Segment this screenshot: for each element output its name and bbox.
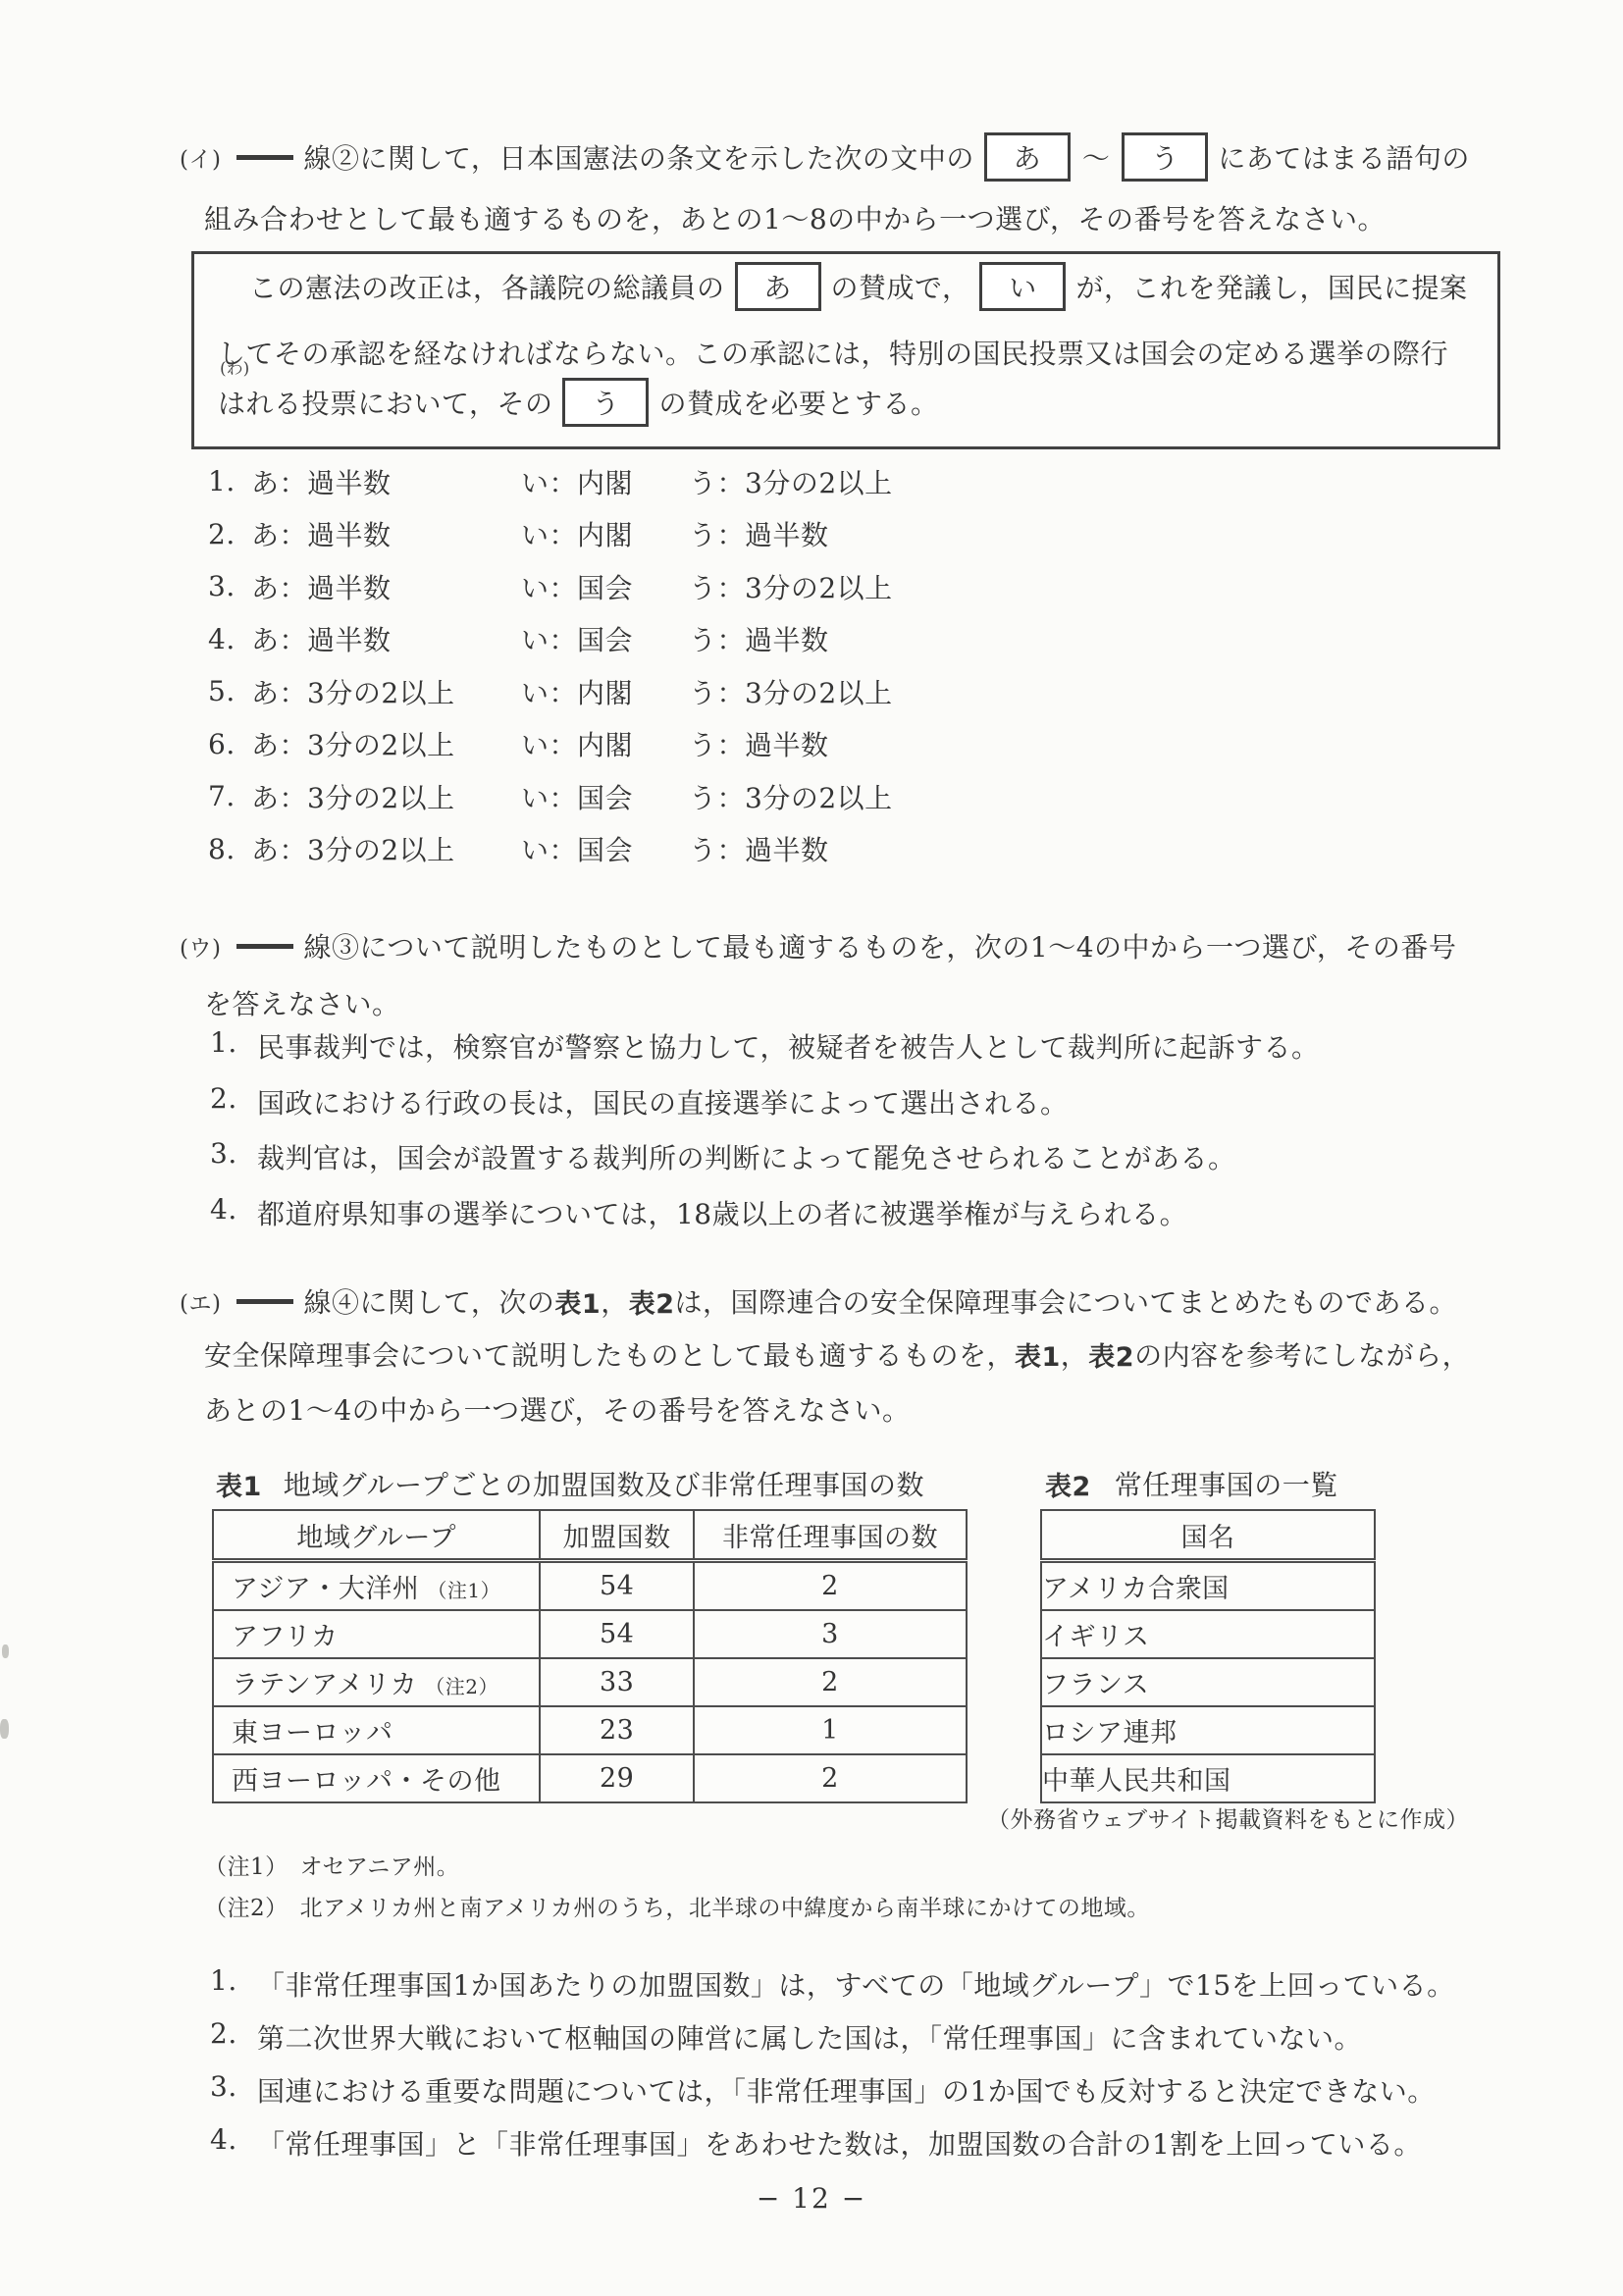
group-name: 西ヨーロッパ・その他 [232,1766,500,1797]
group-note-ref: （注1） [427,1579,500,1602]
cell-country: フランス [1041,1658,1375,1706]
heading-pre: 安全保障理事会について説明したものとして最も適するものを， [204,1334,1015,1374]
option-row-2: 2. あ：過半数 い：内閣 う：過半数 [208,508,893,561]
option-text: 第二次世界大戦において枢軸国の陣営に属した国は，「常任理事国」に含まれていない。 [257,2017,1362,2057]
quote-line3-pre: はれる投票において，その [218,383,552,422]
option-text: 国連における重要な問題については，「非常任理事国」の1か国でも反対すると決定でき… [257,2070,1436,2110]
option-row-3: 3. 国連における重要な問題については，「非常任理事国」の1か国でも反対すると決… [210,2070,1455,2123]
option-a-value: あ：3分の2以上 [251,829,521,868]
option-text: 都道府県知事の選挙については，18歳以上の者に被選挙権が与えられる。 [257,1193,1187,1232]
quote-line1-post: が，これを発議し，国民に提案 [1075,267,1467,306]
option-i-value: い：国会 [521,829,689,868]
table2-title-row: 表2 常任理事国の一覧 [1045,1464,1338,1503]
table-row: 東ヨーロッパ 23 1 [213,1706,967,1754]
question-i-options: 1. あ：過半数 い：内閣 う：3分の2以上 2. あ：過半数 い：内閣 う：過… [208,455,893,875]
cell-nonperm: 2 [694,1658,967,1706]
option-row-8: 8. あ：3分の2以上 い：国会 う：過半数 [208,823,893,876]
table1-ref: 表1 [1015,1335,1061,1374]
ruby-wa-annotation: (わ) [220,354,249,379]
option-number: 8. [208,833,251,865]
question-i-heading-post: にあてはまる語句の [1218,137,1470,177]
blank-box-a: あ [984,132,1071,182]
question-i-heading-line2: 組み合わせとして最も適するものを，あとの1～8の中から一つ選び，その番号を答えな… [204,198,1386,237]
option-i-value: い：国会 [521,619,689,658]
table1-header-group: 地域グループ [213,1510,540,1561]
table-row: アフリカ 54 3 [213,1610,967,1658]
question-e-heading-line3: あとの1～4の中から一つ選び，その番号を答えなさい。 [204,1389,911,1429]
option-u-value: う：3分の2以上 [689,672,893,711]
table-row: アジア・大洋州（注1） 54 2 [213,1561,967,1611]
cell-members: 33 [540,1658,694,1706]
option-number: 4. [208,623,251,655]
option-u-value: う：3分の2以上 [689,777,893,816]
option-text: 民事裁判では，検察官が警察と協力して，被疑者を被告人として裁判所に起訴する。 [257,1026,1319,1066]
option-i-value: い：国会 [521,777,689,816]
question-e-heading-line2: 安全保障理事会について説明したものとして最も適するものを， 表1 ， 表2 の内… [204,1334,1470,1374]
footnote-label: （注2） [204,1890,288,1922]
cell-country: アメリカ合衆国 [1041,1561,1375,1611]
table2-source-caption: （外務省ウェブサイト掲載資料をもとに作成） [978,1801,1469,1834]
option-i-value: い：内閣 [521,514,689,553]
cell-nonperm: 2 [694,1754,967,1802]
option-a-value: あ：過半数 [251,514,521,553]
comma: ， [1061,1334,1089,1374]
table-row: ラテンアメリカ（注2） 33 2 [213,1658,967,1706]
table-row: イギリス [1041,1610,1375,1658]
table-row: 中華人民共和国 [1041,1754,1375,1802]
option-i-value: い：国会 [521,567,689,606]
blank-box-u: う [1122,132,1208,182]
option-number: 2. [208,518,251,550]
question-e-heading-line1: (エ) 線④に関して，次の 表1 ， 表2 は，国際連合の安全保障理事会について… [180,1281,1457,1321]
question-i-label: (イ) [180,141,221,174]
table1-title-row: 表1 地域グループごとの加盟国数及び非常任理事国の数 [216,1464,924,1503]
question-u-heading-line1: (ウ) 線③について説明したものとして最も適するものを，次の1～4の中から一つ選… [180,926,1456,965]
footnote-text: オセアニア州。 [300,1849,460,1881]
footnote-label: （注1） [204,1849,288,1881]
question-e-label: (エ) [180,1285,221,1318]
question-u-heading-text: 線③について説明したものとして最も適するものを，次の1～4の中から一つ選び，その… [303,926,1456,965]
option-row-3: 3. 裁判官は，国会が設置する裁判所の判断によって罷免させられることがある。 [210,1137,1319,1193]
quote-line1: この憲法の改正は，各議院の総議員の あ の賛成で， い が，これを発議し，国民に… [249,262,1467,311]
cell-members: 54 [540,1610,694,1658]
option-u-value: う：過半数 [689,829,829,868]
option-number: 1. [210,1026,257,1059]
option-number: 5. [208,675,251,707]
option-number: 4. [210,1193,257,1226]
table-row: アメリカ合衆国 [1041,1561,1375,1611]
tilde-mark: ～ [1082,137,1111,177]
table2-ref: 表2 [629,1282,675,1321]
cell-country: イギリス [1041,1610,1375,1658]
heading-pre: 線④に関して，次の [303,1281,554,1321]
cell-group: アフリカ [213,1610,540,1658]
option-row-7: 7. あ：3分の2以上 い：国会 う：3分の2以上 [208,770,893,823]
option-a-value: あ：3分の2以上 [251,672,521,711]
group-name: アジア・大洋州 [232,1574,419,1604]
cell-members: 54 [540,1561,694,1611]
option-number: 3. [210,1137,257,1170]
option-number: 3. [210,2070,257,2103]
option-row-1: 1. 民事裁判では，検察官が警察と協力して，被疑者を被告人として裁判所に起訴する… [210,1026,1319,1082]
cell-members: 29 [540,1754,694,1802]
quote-blank-box-u: う [562,378,649,427]
option-text: 「常任理事国」と「非常任理事国」をあわせた数は，加盟国数の合計の1割を上回ってい… [257,2123,1422,2163]
option-row-1: 1. あ：過半数 い：内閣 う：3分の2以上 [208,455,893,508]
table2-ref: 表2 [1088,1335,1134,1374]
option-u-value: う：過半数 [689,619,829,658]
option-number: 6. [208,728,251,760]
option-number: 4. [210,2123,257,2156]
option-row-5: 5. あ：3分の2以上 い：内閣 う：3分の2以上 [208,665,893,718]
comma: ， [601,1281,629,1321]
group-name: アフリカ [232,1622,339,1652]
quote-line1-mid: の賛成で， [831,267,970,306]
table1-ref: 表1 [554,1282,601,1321]
table-row: 西ヨーロッパ・その他 29 2 [213,1754,967,1802]
table1-header-nonperm: 非常任理事国の数 [694,1510,967,1561]
quote-line1-pre: この憲法の改正は，各議院の総議員の [249,267,725,306]
option-number: 7. [208,780,251,812]
heading-post: は，国際連合の安全保障理事会についてまとめたものである。 [675,1281,1457,1321]
group-name: 東ヨーロッパ [232,1718,393,1748]
group-note-ref: （注2） [425,1675,498,1698]
option-u-value: う：3分の2以上 [689,462,893,501]
question-e-options: 1. 「非常任理事国1か国あたりの加盟国数」は，すべての「地域グループ」で15を… [210,1964,1455,2176]
cell-nonperm: 2 [694,1561,967,1611]
question-u-options: 1. 民事裁判では，検察官が警察と協力して，被疑者を被告人として裁判所に起訴する… [210,1026,1319,1248]
option-a-value: あ：3分の2以上 [251,777,521,816]
question-i-heading-pre: 線②に関して，日本国憲法の条文を示した次の文中の [303,137,973,177]
option-a-value: あ：過半数 [251,567,521,606]
quote-line3-post: の賛成を必要とする。 [658,383,938,422]
cell-members: 23 [540,1706,694,1754]
scan-artifact [0,1719,9,1739]
option-row-2: 2. 第二次世界大戦において枢軸国の陣営に属した国は，「常任理事国」に含まれてい… [210,2017,1455,2070]
option-u-value: う：過半数 [689,514,829,553]
underline-dash [236,1299,293,1304]
cell-group: ラテンアメリカ（注2） [213,1658,540,1706]
quote-blank-box-i: い [979,262,1066,311]
footnote-text: 北アメリカ州と南アメリカ州のうち，北半球の中緯度から南半球にかけての地域。 [300,1890,1150,1922]
question-u-label: (ウ) [180,930,221,963]
group-name: ラテンアメリカ [232,1670,417,1700]
option-number: 1. [208,465,251,497]
option-row-2: 2. 国政における行政の長は，国民の直接選挙によって選出される。 [210,1082,1319,1138]
table2-permanent-members: 国名 アメリカ合衆国 イギリス フランス ロシア連邦 中華人民共和国 [1040,1509,1376,1803]
option-i-value: い：内閣 [521,672,689,711]
cell-country: ロシア連邦 [1041,1706,1375,1754]
page-number: − 12 − [0,2182,1623,2215]
question-i-heading-line1: (イ) 線②に関して，日本国憲法の条文を示した次の文中の あ ～ う にあてはま… [180,130,1470,184]
option-row-6: 6. あ：3分の2以上 い：内閣 う：過半数 [208,718,893,771]
option-number: 1. [210,1964,257,1997]
underline-dash [236,155,293,160]
option-text: 裁判官は，国会が設置する裁判所の判断によって罷免させられることがある。 [257,1137,1236,1176]
cell-group: アジア・大洋州（注1） [213,1561,540,1611]
constitution-quote-box: この憲法の改正は，各議院の総議員の あ の賛成で， い が，これを発議し，国民に… [191,251,1500,449]
quote-line3: (わ) はれる投票において，その う の賛成を必要とする。 [218,378,938,427]
table1-header-members: 加盟国数 [540,1510,694,1561]
option-a-value: あ：過半数 [251,462,521,501]
quote-blank-box-a: あ [735,262,821,311]
option-u-value: う：3分の2以上 [689,567,893,606]
option-a-value: あ：3分の2以上 [251,724,521,763]
option-text: 国政における行政の長は，国民の直接選挙によって選出される。 [257,1082,1069,1122]
option-number: 2. [210,1082,257,1115]
cell-group: 西ヨーロッパ・その他 [213,1754,540,1802]
underline-dash [236,944,293,949]
table-row: フランス [1041,1658,1375,1706]
option-row-4: 4. 「常任理事国」と「非常任理事国」をあわせた数は，加盟国数の合計の1割を上回… [210,2123,1455,2176]
quote-line2: してその承認を経なければならない。この承認には，特別の国民投票又は国会の定める選… [218,333,1448,372]
cell-nonperm: 1 [694,1706,967,1754]
scan-artifact [2,1644,9,1658]
table2-label: 表2 [1045,1465,1091,1503]
table2-header-row: 国名 [1041,1510,1375,1561]
footnote-1: （注1） オセアニア州。 [204,1849,459,1881]
table2-title: 常任理事国の一覧 [1115,1464,1338,1503]
table1-title: 地域グループごとの加盟国数及び非常任理事国の数 [284,1464,924,1503]
table1-region-groups: 地域グループ 加盟国数 非常任理事国の数 アジア・大洋州（注1） 54 2 アフ… [212,1509,968,1803]
question-u-heading-line2: を答えなさい。 [204,983,400,1022]
footnote-2: （注2） 北アメリカ州と南アメリカ州のうち，北半球の中緯度から南半球にかけての地… [204,1890,1150,1922]
option-a-value: あ：過半数 [251,619,521,658]
table1-header-row: 地域グループ 加盟国数 非常任理事国の数 [213,1510,967,1561]
option-i-value: い：内閣 [521,724,689,763]
table2-header-country: 国名 [1041,1510,1375,1561]
cell-group: 東ヨーロッパ [213,1706,540,1754]
table-row: ロシア連邦 [1041,1706,1375,1754]
option-u-value: う：過半数 [689,724,829,763]
option-number: 3. [208,570,251,602]
cell-country: 中華人民共和国 [1041,1754,1375,1802]
option-row-3: 3. あ：過半数 い：国会 う：3分の2以上 [208,560,893,613]
heading-post: の内容を参考にしながら， [1134,1334,1470,1374]
option-row-4: 4. あ：過半数 い：国会 う：過半数 [208,613,893,666]
option-text: 「非常任理事国1か国あたりの加盟国数」は，すべての「地域グループ」で15を上回っ… [257,1964,1455,2004]
table1-label: 表1 [216,1465,262,1503]
cell-nonperm: 3 [694,1610,967,1658]
option-number: 2. [210,2017,257,2050]
option-row-4: 4. 都道府県知事の選挙については，18歳以上の者に被選挙権が与えられる。 [210,1193,1319,1249]
option-row-1: 1. 「非常任理事国1か国あたりの加盟国数」は，すべての「地域グループ」で15を… [210,1964,1455,2017]
exam-page: (イ) 線②に関して，日本国憲法の条文を示した次の文中の あ ～ う にあてはま… [0,0,1623,2296]
option-i-value: い：内閣 [521,462,689,501]
